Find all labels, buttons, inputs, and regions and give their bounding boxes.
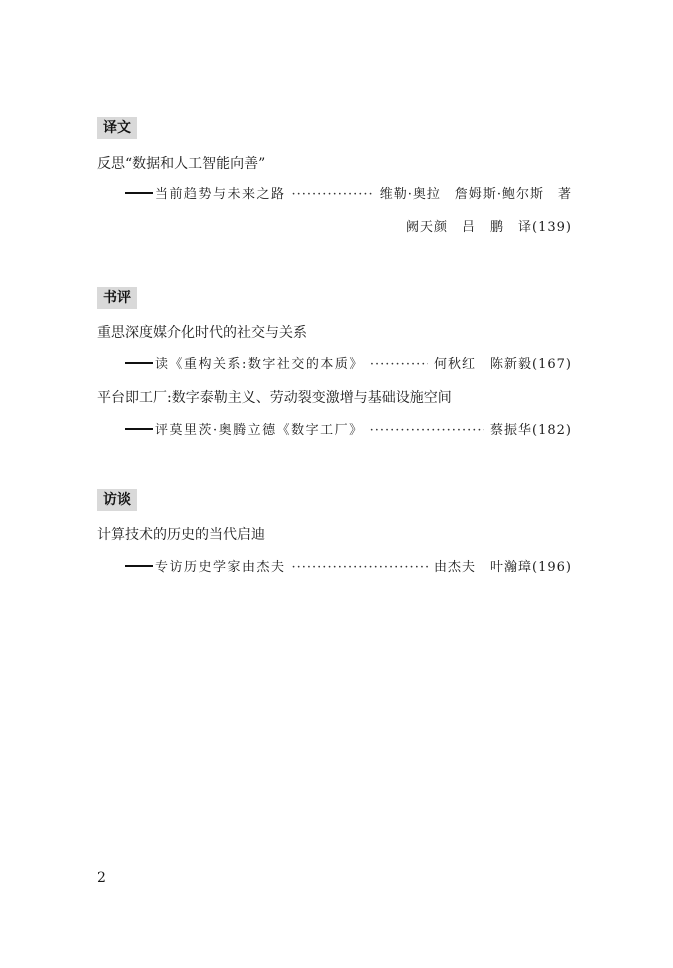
leader-dots <box>292 186 374 204</box>
section-tag-translation: 译文 <box>97 117 137 139</box>
page-number: 2 <box>97 870 106 886</box>
entry-subtitle-line: 读《重构关系:数字社交的本质》 何秋红 陈新毅(167) <box>125 356 572 374</box>
entry-authors: 何秋红 陈新毅(167) <box>434 356 572 374</box>
entry-authors: 由杰夫 叶瀚璋(196) <box>434 559 572 577</box>
em-dash <box>125 428 153 430</box>
section-tag-book-review: 书评 <box>97 287 137 309</box>
leader-dots <box>370 356 428 374</box>
entry-title: 平台即工厂:数字泰勒主义、劳动裂变激增与基础设施空间 <box>97 389 452 407</box>
entry-subtitle-line: 当前趋势与未来之路 维勒·奥拉 詹姆斯·鲍尔斯 著 <box>125 186 572 204</box>
entry-title: 重思深度媒介化时代的社交与关系 <box>97 324 307 342</box>
entry-authors: 维勒·奥拉 詹姆斯·鲍尔斯 著 <box>380 186 572 204</box>
entry-translators: 阙天颜 吕 鹏 译(139) <box>406 219 572 237</box>
entry-title: 计算技术的历史的当代启迪 <box>97 526 265 544</box>
entry-title: 反思“数据和人工智能向善” <box>97 155 265 173</box>
entry-subtitle: 评莫里茨·奥腾立德《数字工厂》 <box>155 422 364 440</box>
em-dash <box>125 565 153 567</box>
entry-subtitle-line: 专访历史学家由杰夫 由杰夫 叶瀚璋(196) <box>125 559 572 577</box>
leader-dots <box>292 559 429 577</box>
entry-subtitle: 当前趋势与未来之路 <box>155 186 286 204</box>
em-dash <box>125 362 153 364</box>
section-tag-interview: 访谈 <box>97 489 137 511</box>
entry-subtitle: 读《重构关系:数字社交的本质》 <box>155 356 364 374</box>
entry-subtitle: 专访历史学家由杰夫 <box>155 559 286 577</box>
leader-dots <box>370 422 484 440</box>
em-dash <box>125 192 153 194</box>
entry-authors: 蔡振华(182) <box>490 422 572 440</box>
entry-subtitle-line: 评莫里茨·奥腾立德《数字工厂》 蔡振华(182) <box>125 422 572 440</box>
